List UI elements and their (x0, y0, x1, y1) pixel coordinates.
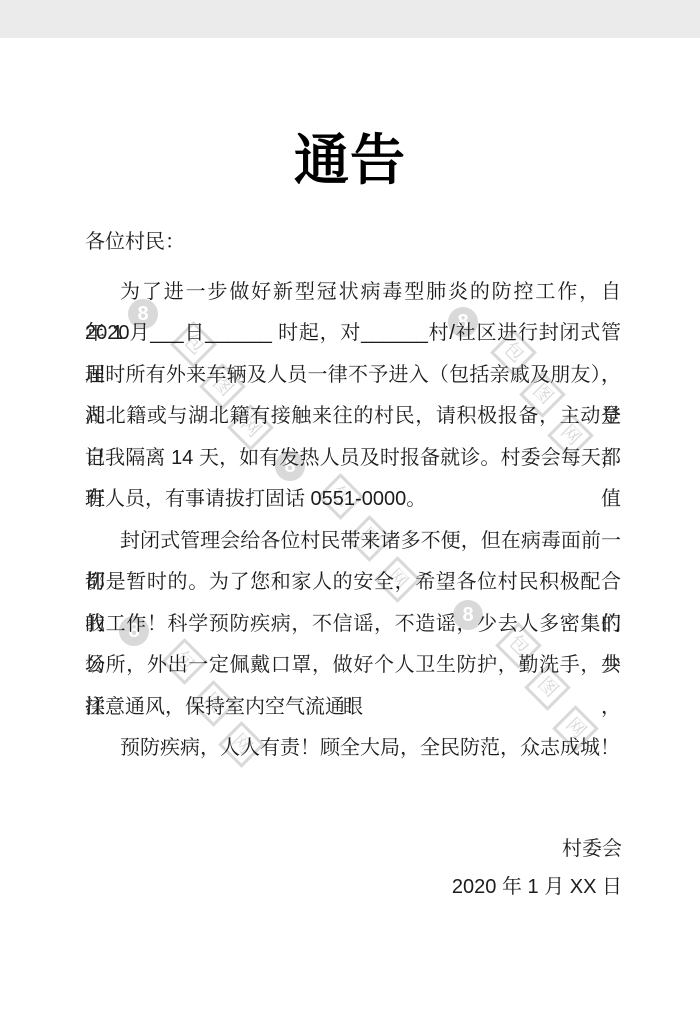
body-line: 湖北籍或与湖北籍有接触来往的村民，请积极报备，主动登记， (85, 396, 621, 438)
body-line: 年 1 月___日______ 时起，对______村/社区进行封闭式管理， (85, 313, 621, 355)
signature-date: 2020 年 1 月 XX 日 (452, 868, 622, 906)
body-line: 的工作！科学预防疾病，不信谣，不造谣，少去人多密集的公共 (85, 604, 621, 646)
signature-block: 村委会 2020 年 1 月 XX 日 (452, 830, 622, 906)
signature-name: 村委会 (452, 830, 622, 868)
notice-page: 8包图网8包图网8包图网8包图网8包图网 通告 各位村民： 为了进一步做好新型冠… (0, 0, 700, 1030)
notice-title: 通告 (0, 116, 700, 195)
body-line: 为了进一步做好新型冠状病毒型肺炎的防控工作，自 2020 (85, 272, 621, 314)
body-line: 届时所有外来车辆及人员一律不予进入（包括亲戚及朋友），凡是 (85, 355, 621, 397)
body-line: 都是暂时的。为了您和家人的安全，希望各位村民积极配合我们 (85, 562, 621, 604)
body-line: 场所，外出一定佩戴口罩，做好个人卫生防护，勤洗手，少揉眼， (85, 645, 621, 687)
salutation-line: 各位村民： (85, 222, 621, 264)
body-line: 封闭式管理会给各位村民带来诸多不便，但在病毒面前一切 (85, 521, 621, 563)
notice-body: 各位村民： 为了进一步做好新型冠状病毒型肺炎的防控工作，自 2020 年 1 月… (85, 222, 621, 770)
body-line: 自我隔离 14 天，如有发热人员及时报备就诊。村委会每天都有值 (85, 438, 621, 480)
slogan-line: 预防疾病，人人有责！顾全大局，全民防范，众志成城！ (85, 728, 621, 770)
